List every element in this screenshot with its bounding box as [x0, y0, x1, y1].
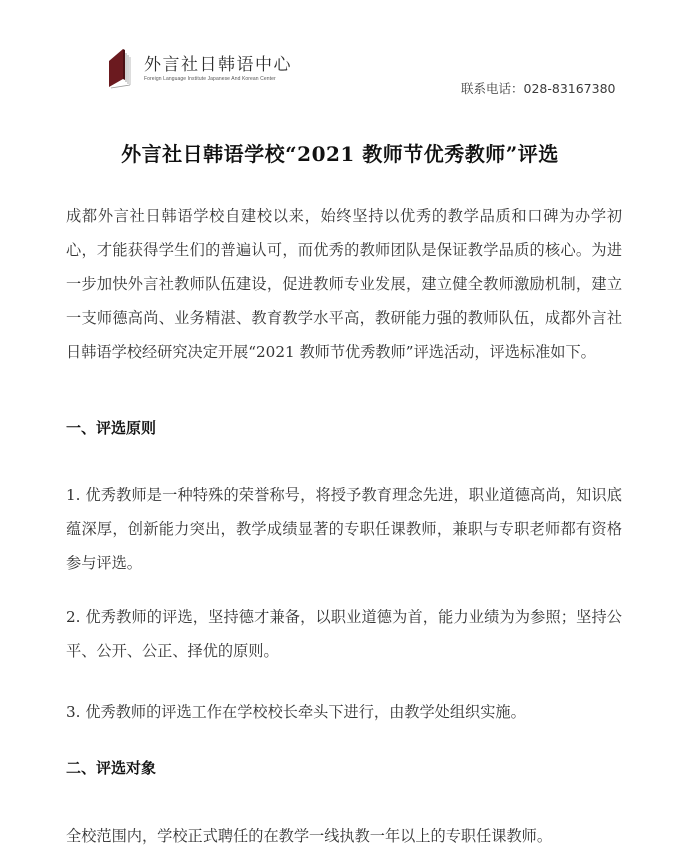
candidates-item: 全校范围内，学校正式聘任的在教学一线执教一年以上的专职任课教师。	[66, 819, 622, 853]
intro-paragraph: 成都外言社日韩语学校自建校以来，始终坚持以优秀的教学品质和口碑为办学初心，才能获…	[66, 199, 622, 369]
principle-item-1: 1. 优秀教师是一种特殊的荣誉称号，将授予教育理念先进，职业道德高尚，知识底蕴深…	[66, 478, 622, 580]
section-heading-principles: 一、评选原则	[66, 417, 156, 438]
logo-name: 外言社日韩语中心	[144, 54, 292, 76]
principle-item-2: 2. 优秀教师的评选，坚持德才兼备，以职业道德为首，能力业绩为为参照；坚持公平、…	[66, 600, 622, 668]
section-heading-candidates: 二、评选对象	[66, 757, 156, 778]
contact-phone: 联系电话：028-83167380	[461, 79, 616, 97]
logo-text: 外言社日韩语中心 Foreign Language Institute Japa…	[144, 54, 292, 83]
principle-item-3: 3. 优秀教师的评选工作在学校校长牵头下进行，由教学处组织实施。	[66, 695, 622, 729]
logo-subtitle: Foreign Language Institute Japanese And …	[144, 76, 292, 83]
document-title: 外言社日韩语学校“2021 教师节优秀教师”评选	[0, 138, 680, 167]
book-icon	[106, 47, 134, 89]
school-logo: 外言社日韩语中心 Foreign Language Institute Japa…	[100, 42, 350, 94]
